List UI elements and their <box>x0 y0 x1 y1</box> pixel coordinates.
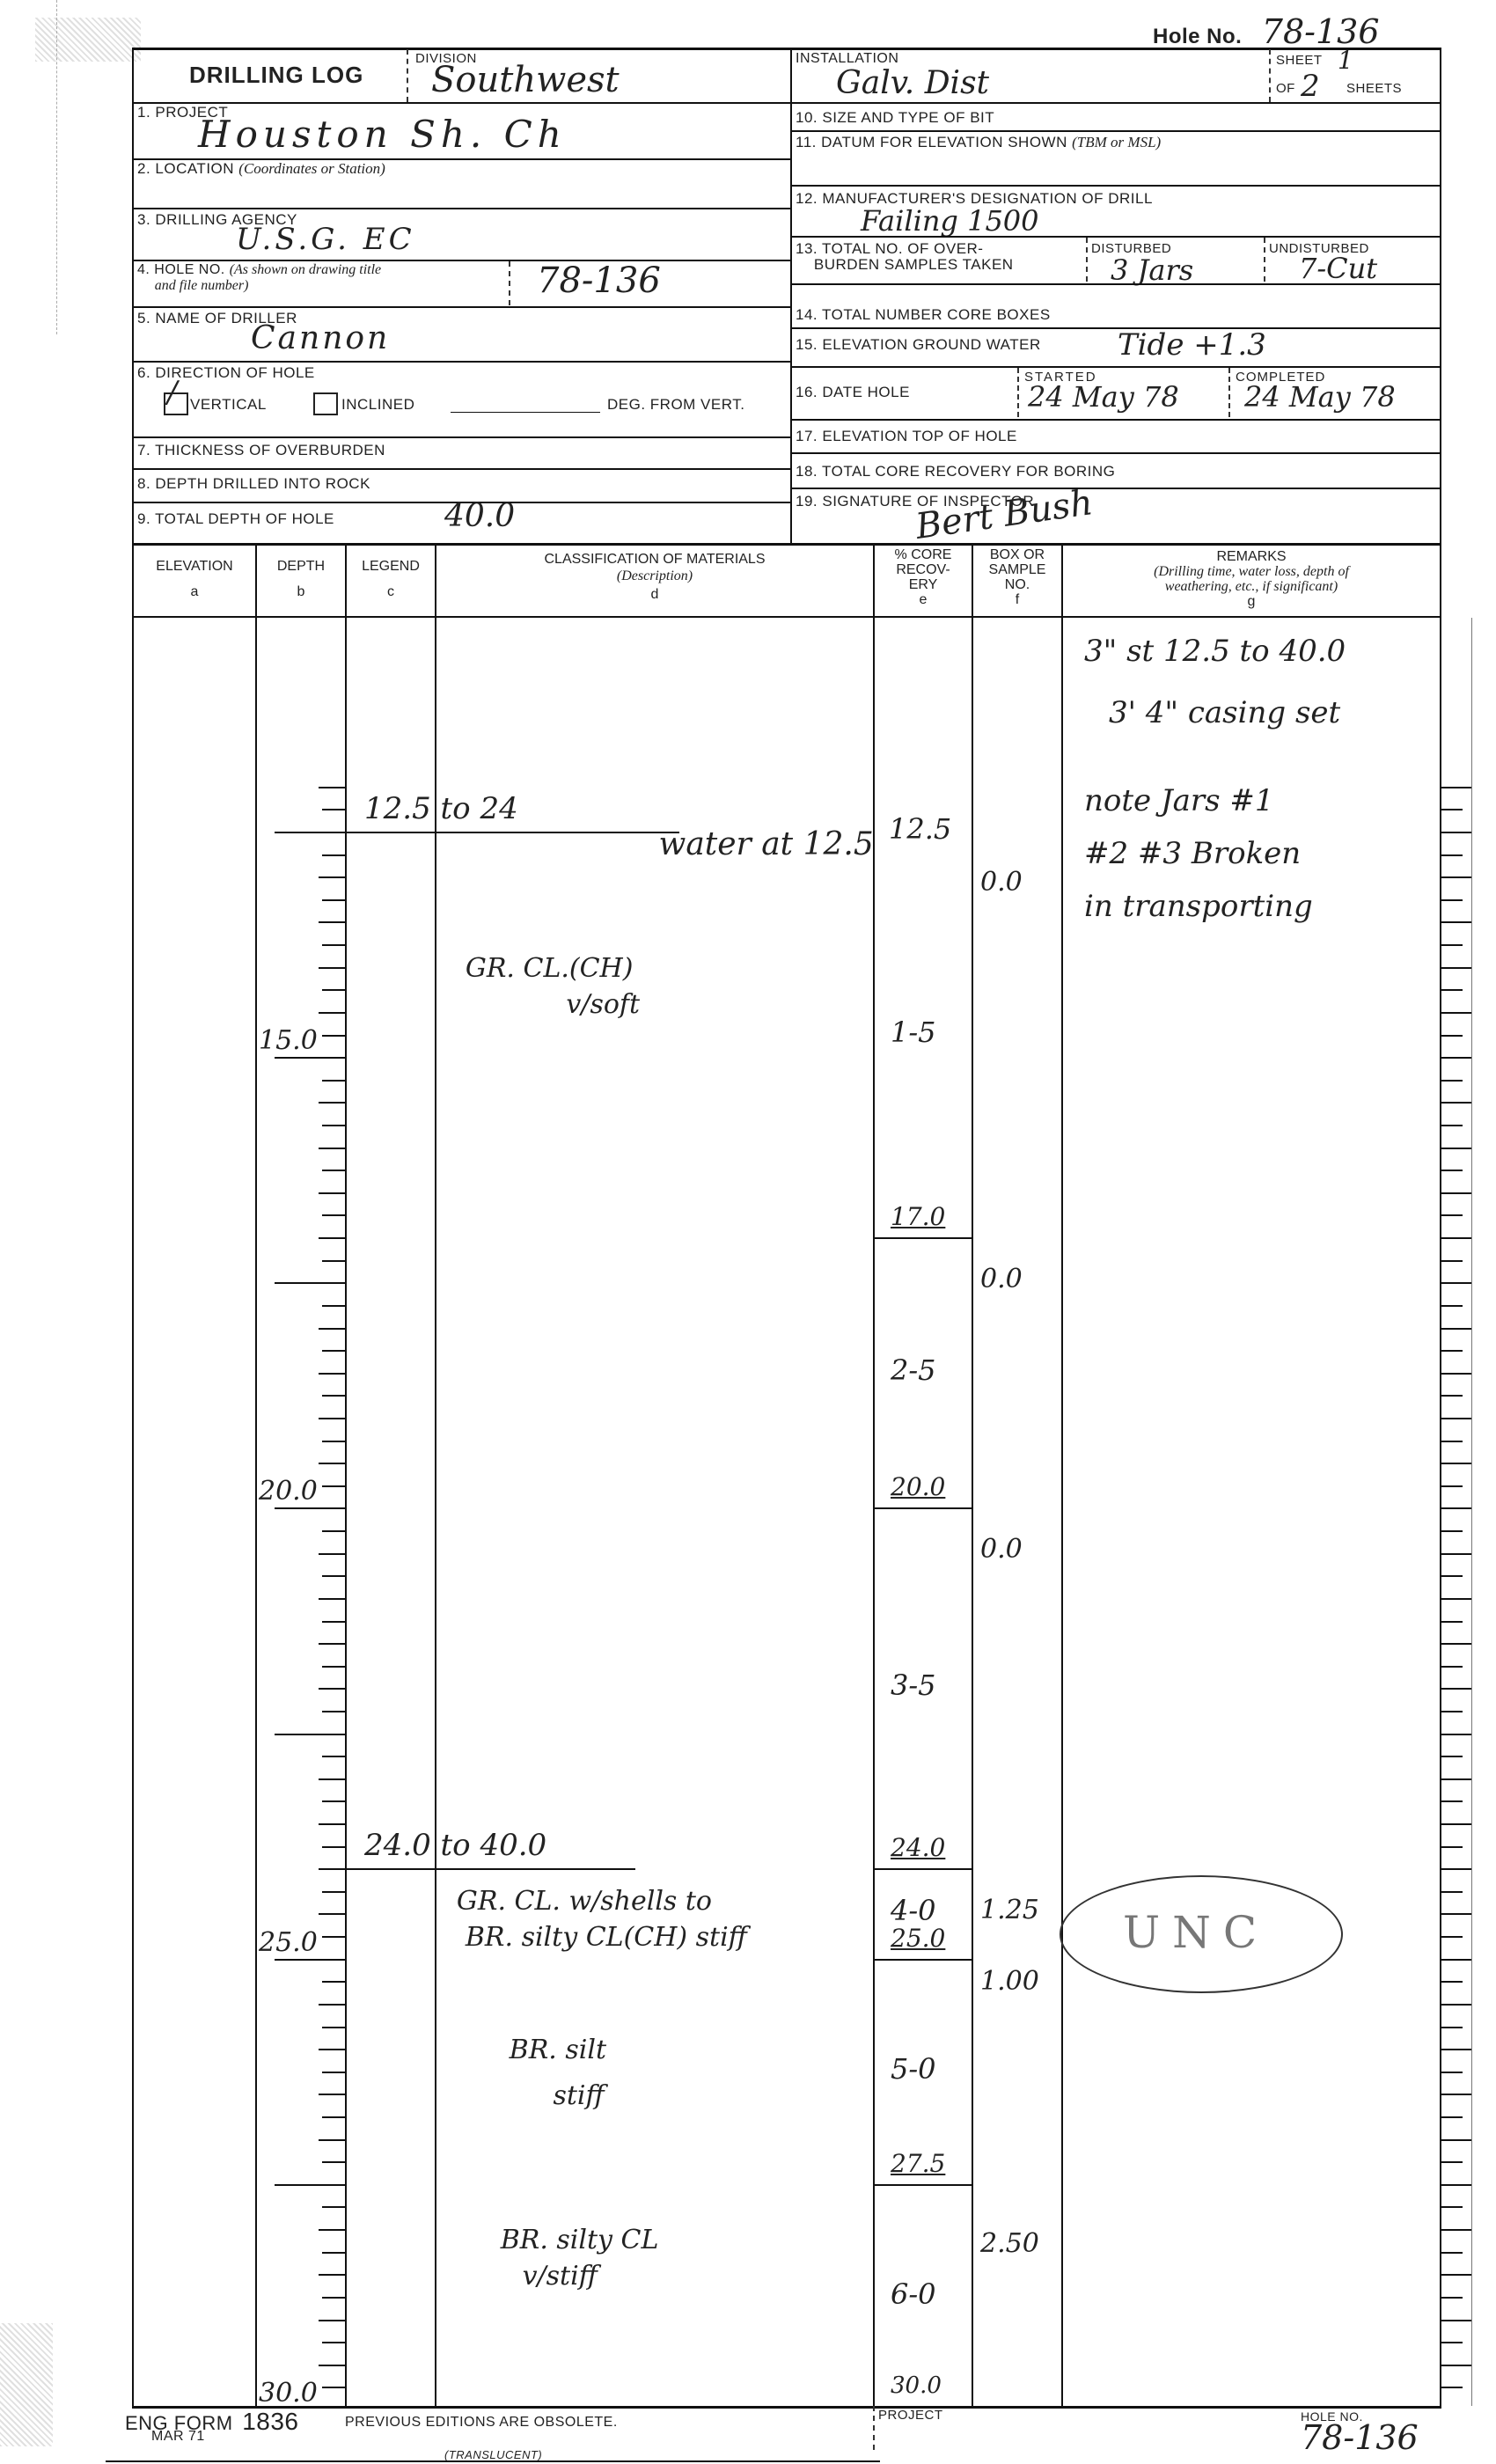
depth-tick <box>322 1035 345 1037</box>
depth-tick <box>322 1621 345 1623</box>
margin-tick <box>1441 1260 1463 1262</box>
check-mark-icon: / <box>167 375 177 410</box>
margin-tick <box>1441 944 1463 946</box>
form-title: DRILLING LOG <box>189 62 363 89</box>
sample-number: 1-5 <box>891 1016 936 1049</box>
row-divider <box>790 236 1441 238</box>
margin-tick <box>1441 1711 1463 1712</box>
depth-tick <box>319 2139 345 2141</box>
strata-boundary <box>345 1868 635 1870</box>
depth-tick <box>319 1913 345 1915</box>
row-divider <box>132 102 1441 104</box>
col-header-elevation: ELEVATIONa <box>134 558 255 600</box>
margin-tick <box>1441 1913 1471 1915</box>
sample-bottom-depth: 20.0 <box>891 1472 945 1501</box>
depth-tick <box>322 1080 345 1082</box>
depth-tick <box>319 1598 345 1600</box>
row-divider <box>790 130 1441 132</box>
margin-tick <box>1441 1418 1471 1419</box>
box-value: 1.25 <box>980 1895 1039 1925</box>
depth-tick <box>319 1778 345 1780</box>
sample-number: 2-5 <box>891 1353 936 1387</box>
margin-tick <box>1441 876 1471 878</box>
margin-tick <box>1441 1282 1471 1284</box>
disturbed-value: 3 Jars <box>1111 253 1193 287</box>
strata-label: 12.5 to 24 <box>364 791 518 826</box>
depth-tick <box>319 1688 345 1690</box>
footer-project-divider <box>873 2406 875 2450</box>
remark-text: 3" st 12.5 to 40.0 <box>1084 634 1346 669</box>
top-elev-label: 17. ELEVATION TOP OF HOLE <box>796 428 1017 445</box>
box-value: 0.0 <box>980 1264 1023 1294</box>
vertical-label: VERTICAL <box>190 396 267 414</box>
of-value: 2 <box>1301 69 1320 104</box>
margin-tick <box>1441 2161 1463 2163</box>
col-header-top <box>132 543 1441 546</box>
depth-tick <box>319 2274 345 2276</box>
vertical-checkbox[interactable]: / <box>164 392 188 415</box>
col-header-classification: CLASSIFICATION OF MATERIALS(Description)… <box>436 551 873 603</box>
margin-tick <box>1441 1800 1463 1802</box>
depth-tick <box>322 1214 345 1216</box>
depth-tick <box>319 1643 345 1645</box>
strata-label: 24.0 to 40.0 <box>364 1828 546 1863</box>
depth-tick <box>319 2229 345 2231</box>
sheet-divider <box>1269 49 1271 102</box>
depth-tick <box>275 1959 345 1961</box>
margin-tick <box>1441 1192 1471 1194</box>
col-header-core-recovery: % CORERECOV-ERYe <box>875 547 972 607</box>
depth-label: 30.0 <box>259 2378 318 2409</box>
started-value: 24 May 78 <box>1028 380 1179 414</box>
margin-tick <box>1441 1080 1463 1082</box>
margin-tick <box>1441 2116 1463 2118</box>
depth-tick <box>322 1711 345 1712</box>
depth-tick <box>322 2027 345 2028</box>
margin-tick <box>1441 2184 1471 2186</box>
title-divider <box>407 49 408 102</box>
margin-tick <box>1441 1463 1471 1464</box>
remark-text: 3' 4" casing set <box>1109 695 1340 730</box>
depth-tick <box>322 1125 345 1126</box>
depth-tick <box>319 1102 345 1104</box>
degree-blank-line <box>451 412 600 413</box>
description-text: GR. CL. w/shells to <box>457 1886 712 1917</box>
sample-boundary <box>873 1868 972 1870</box>
depth-tick <box>319 2320 345 2321</box>
hole-label: 4. HOLE NO. (As shown on drawing title a… <box>137 262 381 294</box>
sample-number: 5-0 <box>891 2052 936 2086</box>
row-divider <box>790 452 1441 454</box>
form-top-border <box>132 48 1441 50</box>
depth-tick <box>319 1148 345 1149</box>
col-header-box-sample: BOX ORSAMPLENO.f <box>973 547 1061 607</box>
margin-tick <box>1441 1485 1463 1487</box>
description-text: water at 12.5 <box>659 826 874 862</box>
form-right-border <box>1440 48 1441 2406</box>
margin-tick <box>1441 2252 1463 2254</box>
row-divider <box>790 283 1441 285</box>
row-divider <box>132 468 790 470</box>
margin-tick <box>1441 1035 1463 1037</box>
margin-tick <box>1441 1734 1471 1735</box>
depth-tick <box>319 787 345 788</box>
margin-tick <box>1441 1936 1463 1938</box>
description-text: v/stiff <box>523 2261 598 2292</box>
driller-value: Cannon <box>251 320 390 356</box>
inclined-checkbox[interactable] <box>313 392 338 415</box>
margin-tick <box>1441 2387 1463 2388</box>
disturbed-divider <box>1086 238 1088 282</box>
footer-project-label: PROJECT <box>878 2408 943 2423</box>
margin-tick <box>1441 899 1463 901</box>
row-divider <box>132 361 790 363</box>
column-rule <box>255 543 257 2406</box>
sheet-label: SHEET <box>1276 53 1323 68</box>
margin-tick <box>1441 2004 1471 2006</box>
margin-tick <box>1441 1350 1463 1352</box>
description-text: BR. silty CL(CH) stiff <box>466 1922 747 1953</box>
hole-divider <box>509 261 510 305</box>
hole-value: 78-136 <box>537 260 661 301</box>
margin-tick <box>1441 1981 1463 1983</box>
margin-tick <box>1441 1507 1471 1509</box>
row-divider <box>790 366 1441 368</box>
margin-tick <box>1441 1891 1463 1893</box>
footer-hole-value: 78-136 <box>1301 2418 1419 2457</box>
depth-tick <box>322 2072 345 2073</box>
margin-tick <box>1441 1125 1463 1126</box>
sheets-label: SHEETS <box>1346 81 1402 96</box>
description-text: stiff <box>553 2080 604 2111</box>
margin-tick <box>1441 2274 1471 2276</box>
depth-tick <box>322 1800 345 1802</box>
sample-bottom-depth: 25.0 <box>891 1924 945 1953</box>
strata-boundary <box>345 832 679 833</box>
total-depth-label: 9. TOTAL DEPTH OF HOLE <box>137 510 334 528</box>
location-label: 2. LOCATION (Coordinates or Station) <box>137 160 385 178</box>
deg-label: DEG. FROM VERT. <box>607 396 744 414</box>
row-divider <box>790 327 1441 329</box>
depth-label: 20.0 <box>259 1476 318 1507</box>
margin-tick <box>1441 1057 1471 1059</box>
margin-tick <box>1441 1305 1463 1307</box>
margin-tick <box>1441 989 1463 991</box>
margin-tick <box>1441 854 1463 856</box>
remark-text: in transporting <box>1084 889 1313 924</box>
sample-boundary <box>873 1237 972 1239</box>
undisturbed-divider <box>1264 238 1265 282</box>
sample-boundary <box>873 1507 972 1509</box>
depth-tick <box>322 2161 345 2163</box>
depth-tick <box>322 1936 345 1938</box>
depth-tick <box>322 1756 345 1757</box>
sample-bottom-depth: 17.0 <box>891 1202 945 1231</box>
column-rule <box>873 543 875 2406</box>
depth-tick <box>319 1192 345 1194</box>
scan-edge <box>56 0 57 334</box>
depth-tick <box>319 1463 345 1464</box>
col-header-remarks: REMARKS(Drilling time, water loss, depth… <box>1063 549 1440 609</box>
date-label: 16. DATE HOLE <box>796 384 910 401</box>
margin-tick <box>1441 1328 1471 1330</box>
depth-tick <box>322 944 345 946</box>
depth-tick <box>322 1530 345 1532</box>
started-divider <box>1017 368 1019 417</box>
depth-tick <box>319 1373 345 1375</box>
undisturbed-value: 7-Cut <box>1299 252 1377 285</box>
sample-boundary <box>873 2184 972 2186</box>
remark-text: #2 #3 Broken <box>1084 836 1301 871</box>
margin-tick <box>1441 1102 1471 1104</box>
depth-tick <box>322 1891 345 1893</box>
sheet-value: 1 <box>1338 46 1353 75</box>
margin-tick <box>1441 1553 1471 1555</box>
row-divider <box>132 436 790 438</box>
column-rule <box>345 543 347 2406</box>
col-header-depth: DEPTHb <box>257 558 345 600</box>
depth-tick <box>275 1282 345 1284</box>
depth-tick <box>322 1485 345 1487</box>
margin-tick <box>1441 1441 1463 1442</box>
depth-tick <box>319 967 345 969</box>
hole-no-label: Hole No. <box>1153 25 1242 48</box>
margin-tick <box>1441 1237 1471 1239</box>
of-label: OF <box>1276 81 1295 96</box>
box-value: 2.50 <box>980 2228 1039 2259</box>
core-boxes-label: 14. TOTAL NUMBER CORE BOXES <box>796 306 1051 324</box>
row-divider <box>790 185 1441 187</box>
depth-tick <box>319 1237 345 1239</box>
margin-tick <box>1441 1778 1471 1780</box>
depth-tick <box>322 2116 345 2118</box>
box-value: 0.0 <box>980 1534 1023 1565</box>
overburden-label: 7. THICKNESS OF OVERBURDEN <box>137 442 385 459</box>
direction-label: 6. DIRECTION OF HOLE <box>137 364 315 382</box>
total-depth-value: 40.0 <box>444 498 515 534</box>
remark-text: note Jars #1 <box>1084 783 1274 818</box>
row-divider <box>132 306 790 308</box>
depth-tick <box>322 1260 345 1262</box>
sample-number: 6-0 <box>891 2277 936 2311</box>
depth-tick <box>275 1507 345 1509</box>
margin-tick <box>1441 1170 1463 1171</box>
agency-value: U.S.G. EC <box>236 222 415 257</box>
inclined-label: INCLINED <box>341 396 414 414</box>
margin-tick <box>1441 1666 1463 1668</box>
scan-artifact <box>0 2323 53 2446</box>
depth-tick <box>322 1170 345 1171</box>
obsolete-note: PREVIOUS EDITIONS ARE OBSOLETE. <box>345 2415 618 2431</box>
depth-tick <box>322 899 345 901</box>
bit-label: 10. SIZE AND TYPE OF BIT <box>796 109 994 127</box>
depth-tick <box>319 1328 345 1330</box>
row-divider <box>132 260 790 261</box>
description-text: BR. silty CL <box>501 2225 659 2255</box>
margin-tick <box>1441 2342 1463 2343</box>
depth-tick <box>319 921 345 923</box>
margin-tick <box>1441 967 1471 969</box>
margin-tick <box>1441 1756 1463 1757</box>
row-divider <box>790 488 1441 489</box>
sample-top-depth: 12.5 <box>889 812 951 846</box>
samples-label: 13. TOTAL NO. OF OVER- BURDEN SAMPLES TA… <box>796 241 1014 273</box>
margin-tick <box>1441 2365 1471 2366</box>
margin-tick <box>1441 1959 1471 1961</box>
margin-tick <box>1441 1823 1471 1825</box>
margin-tick <box>1441 1373 1471 1375</box>
sample-bottom-depth: 30.0 <box>891 2372 942 2399</box>
box-value: 0.0 <box>980 867 1023 898</box>
depth-tick <box>319 876 345 878</box>
depth-tick <box>322 1350 345 1352</box>
depth-tick <box>322 809 345 810</box>
margin-tick <box>1441 2094 1471 2095</box>
margin-tick <box>1441 2297 1463 2299</box>
margin-tick <box>1441 921 1471 923</box>
depth-tick <box>322 2342 345 2343</box>
depth-tick <box>275 1057 345 1059</box>
scan-artifact <box>35 18 141 62</box>
margin-tick <box>1441 1148 1471 1149</box>
margin-tick <box>1441 809 1463 810</box>
depth-tick <box>322 1666 345 1668</box>
depth-tick <box>275 1734 345 1735</box>
rock-label: 8. DEPTH DRILLED INTO ROCK <box>137 475 370 493</box>
depth-tick <box>319 2004 345 2006</box>
box-value: 1.00 <box>980 1966 1039 1997</box>
margin-tick <box>1441 2206 1463 2208</box>
col-header-legend: LEGENDc <box>347 558 435 600</box>
margin-tick <box>1441 2027 1463 2028</box>
depth-tick <box>322 2206 345 2208</box>
form-bottom-border <box>132 2406 1441 2409</box>
depth-tick <box>319 2094 345 2095</box>
datum-label: 11. DATUM FOR ELEVATION SHOWN (TBM or MS… <box>796 134 1161 151</box>
depth-tick <box>322 1395 345 1397</box>
row-divider <box>132 208 790 209</box>
margin-tick <box>1441 1643 1471 1645</box>
margin-tick <box>1441 2072 1463 2073</box>
depth-tick <box>322 2297 345 2299</box>
depth-tick <box>322 1575 345 1577</box>
margin-tick <box>1441 2229 1471 2231</box>
margin-tick <box>1441 1012 1471 1014</box>
depth-tick <box>322 1305 345 1307</box>
header-split <box>790 48 792 543</box>
sample-number: 3-5 <box>891 1668 936 1702</box>
margin-tick <box>1441 1846 1463 1848</box>
depth-tick <box>319 1012 345 1014</box>
completed-value: 24 May 78 <box>1244 380 1396 414</box>
translucent-note: (TRANSLUCENT) <box>444 2448 542 2461</box>
depth-label: 25.0 <box>259 1927 318 1958</box>
depth-tick <box>322 1441 345 1442</box>
depth-tick <box>275 832 345 833</box>
depth-tick <box>322 1846 345 1848</box>
depth-tick <box>319 1553 345 1555</box>
depth-tick <box>322 2252 345 2254</box>
division-value: Southwest <box>431 60 620 100</box>
margin-tick <box>1441 1575 1463 1577</box>
depth-tick <box>319 1418 345 1419</box>
depth-tick <box>319 1868 345 1870</box>
margin-tick <box>1441 2139 1471 2141</box>
form-date: MAR 71 <box>151 2429 205 2445</box>
depth-tick <box>322 989 345 991</box>
form-left-border <box>132 48 134 2406</box>
groundwater-value: Tide +1.3 <box>1118 327 1266 363</box>
margin-tick <box>1441 832 1471 833</box>
depth-tick <box>319 2365 345 2366</box>
margin-tick <box>1441 1688 1471 1690</box>
sample-bottom-depth: 27.5 <box>891 2149 945 2178</box>
margin-tick <box>1441 1598 1471 1600</box>
depth-tick <box>322 2387 345 2388</box>
margin-tick <box>1441 2049 1471 2050</box>
drill-value: Failing 1500 <box>861 204 1039 238</box>
sample-bottom-depth: 24.0 <box>891 1833 945 1862</box>
project-value: Houston Sh. Ch <box>198 113 567 156</box>
col-header-bottom <box>132 616 1441 618</box>
installation-value: Galv. Dist <box>836 65 989 101</box>
margin-tick <box>1441 1868 1471 1870</box>
depth-label: 15.0 <box>259 1025 318 1056</box>
sample-boundary <box>873 1959 972 1961</box>
completed-divider <box>1228 368 1230 417</box>
margin-tick <box>1441 787 1471 788</box>
margin-tick <box>1441 1214 1463 1216</box>
margin-tick <box>1441 2320 1471 2321</box>
description-text: v/soft <box>566 989 640 1020</box>
hole-no-value: 78-136 <box>1262 12 1380 51</box>
margin-tick <box>1441 1530 1463 1532</box>
depth-tick <box>275 2184 345 2186</box>
column-rule <box>972 543 973 2406</box>
description-text: GR. CL.(CH) <box>466 953 634 984</box>
column-rule <box>1061 543 1063 2406</box>
depth-tick <box>322 1981 345 1983</box>
depth-tick <box>322 854 345 856</box>
groundwater-label: 15. ELEVATION GROUND WATER <box>796 336 1041 354</box>
description-text: BR. silt <box>510 2035 606 2065</box>
margin-tick <box>1441 1395 1463 1397</box>
core-recovery-label: 18. TOTAL CORE RECOVERY FOR BORING <box>796 463 1115 480</box>
depth-tick <box>319 2049 345 2050</box>
stamp-text: UNC <box>1123 1907 1269 1958</box>
margin-tick <box>1441 1621 1463 1623</box>
depth-tick <box>319 1823 345 1825</box>
footer-bottom-line <box>106 2460 880 2462</box>
row-divider <box>790 419 1441 421</box>
margin-strip-edge <box>1471 618 1472 2406</box>
